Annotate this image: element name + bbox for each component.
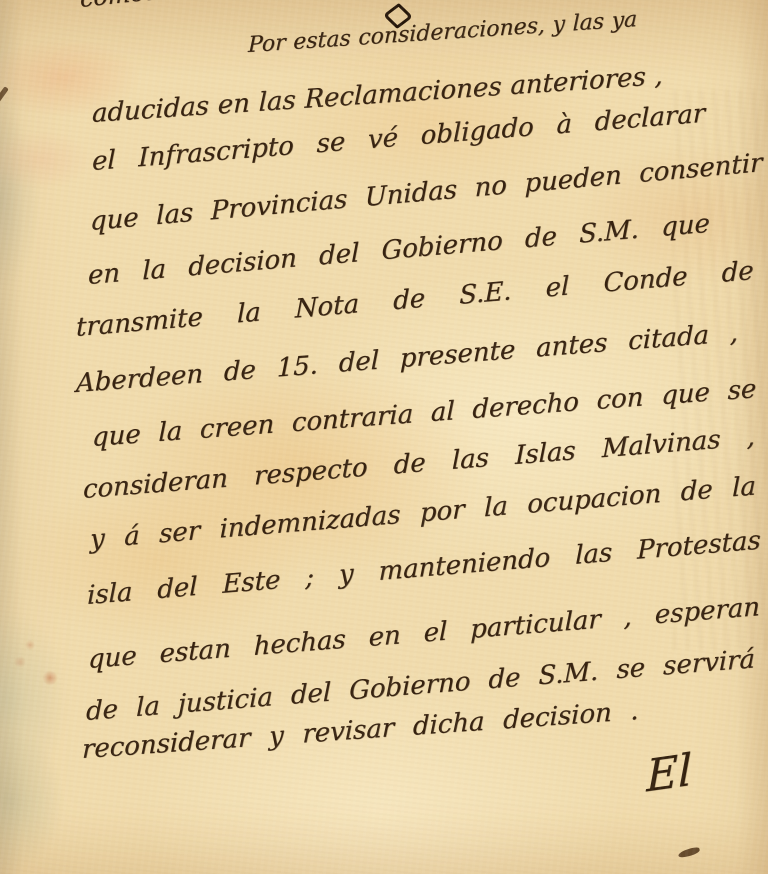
catchword: El (646, 745, 692, 803)
manuscript-line-1: Por estas consideraciones, y las ya (248, 6, 638, 61)
manuscript-page: cometido por la Por estas consideracione… (0, 0, 768, 874)
manuscript-line-fragment-top: cometido por la (80, 0, 312, 15)
edge-ink-mark (0, 86, 9, 104)
ink-speck (677, 846, 700, 859)
